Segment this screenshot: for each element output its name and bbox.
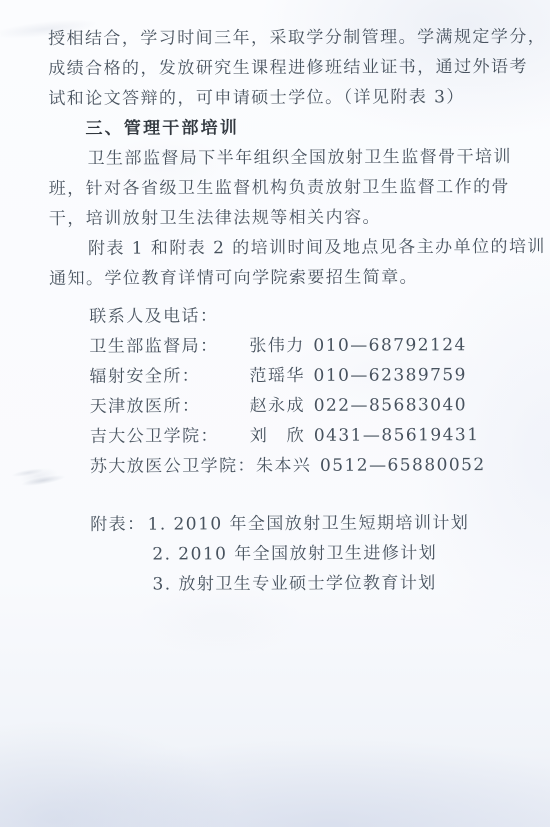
contact-row: 吉大公卫学院： 刘 欣 0431—85619431 [90, 420, 520, 452]
contact-phone: 010—68792124 [313, 330, 467, 361]
contact-intro: 联系人及电话： [89, 300, 519, 332]
contact-phone: 0512—65880052 [320, 450, 486, 481]
appendix-item: 1. 2010 年全国放射卫生短期培训计划 [147, 508, 469, 539]
contact-person: 朱本兴 [256, 451, 314, 481]
contact-person: 刘 欣 [250, 421, 308, 451]
contact-row: 卫生部监督局： 张伟力 010—68792124 [89, 330, 519, 362]
contact-org: 苏大放医公卫学院： [90, 451, 256, 482]
text-line: 试和论文答辩的，可申请硕士学位。（详见附表 3） [48, 82, 518, 114]
contact-rows: 卫生部监督局： 张伟力 010—68792124 辐射安全所： 范瑶华 010—… [89, 330, 520, 482]
text-line: 三、管理干部培训 [48, 112, 518, 144]
text-line: 附表 1 和附表 2 的培训时间及地点见各主办单位的培训 [49, 232, 519, 264]
contact-phone: 010—62389759 [313, 360, 467, 391]
text-line: 干，培训放射卫生法律法规等相关内容。 [49, 202, 519, 234]
contact-person: 张伟力 [249, 331, 307, 361]
contact-row: 天津放医所： 赵永成 022—85683040 [90, 390, 520, 422]
appendix-block: 附表： 1. 2010 年全国放射卫生短期培训计划 2. 2010 年全国放射卫… [90, 508, 520, 600]
text-line: 通知。学位教育详情可向学院索要招生简章。 [49, 262, 519, 294]
scanned-page: 授相结合，学习时间三年，采取学分制管理。学满规定学分， 成绩合格的，发放研究生课… [0, 0, 550, 827]
appendix-item: 3. 放射卫生专业硕士学位教育计划 [90, 568, 520, 600]
appendix-item: 2. 2010 年全国放射卫生进修计划 [90, 538, 520, 570]
appendix-label: 附表： [90, 510, 145, 540]
contact-list: 联系人及电话： 卫生部监督局： 张伟力 010—68792124 辐射安全所： … [89, 300, 520, 482]
contact-row: 苏大放医公卫学院： 朱本兴 0512—65880052 [90, 450, 520, 482]
text-line: 成绩合格的，发放研究生课程进修班结业证书，通过外语考 [48, 52, 518, 84]
contact-org: 辐射安全所： [89, 361, 249, 392]
text-line: 授相结合，学习时间三年，采取学分制管理。学满规定学分， [48, 22, 518, 54]
contact-person: 范瑶华 [249, 361, 307, 391]
appendix-first-line: 附表： 1. 2010 年全国放射卫生短期培训计划 [90, 508, 520, 540]
main-text-block: 授相结合，学习时间三年，采取学分制管理。学满规定学分， 成绩合格的，发放研究生课… [48, 22, 519, 294]
contact-org: 天津放医所： [90, 391, 250, 422]
text-line: 班，针对各省级卫生监督机构负责放射卫生监督工作的骨 [49, 172, 519, 204]
text-line: 卫生部监督局下半年组织全国放射卫生监督骨干培训 [49, 142, 519, 174]
document-content: 授相结合，学习时间三年，采取学分制管理。学满规定学分， 成绩合格的，发放研究生课… [48, 22, 521, 600]
contact-person: 赵永成 [250, 391, 308, 421]
contact-org: 卫生部监督局： [89, 331, 249, 362]
contact-phone: 022—85683040 [314, 390, 468, 421]
contact-org: 吉大公卫学院： [90, 421, 250, 452]
contact-phone: 0431—85619431 [314, 420, 480, 451]
contact-row: 辐射安全所： 范瑶华 010—62389759 [89, 360, 519, 392]
